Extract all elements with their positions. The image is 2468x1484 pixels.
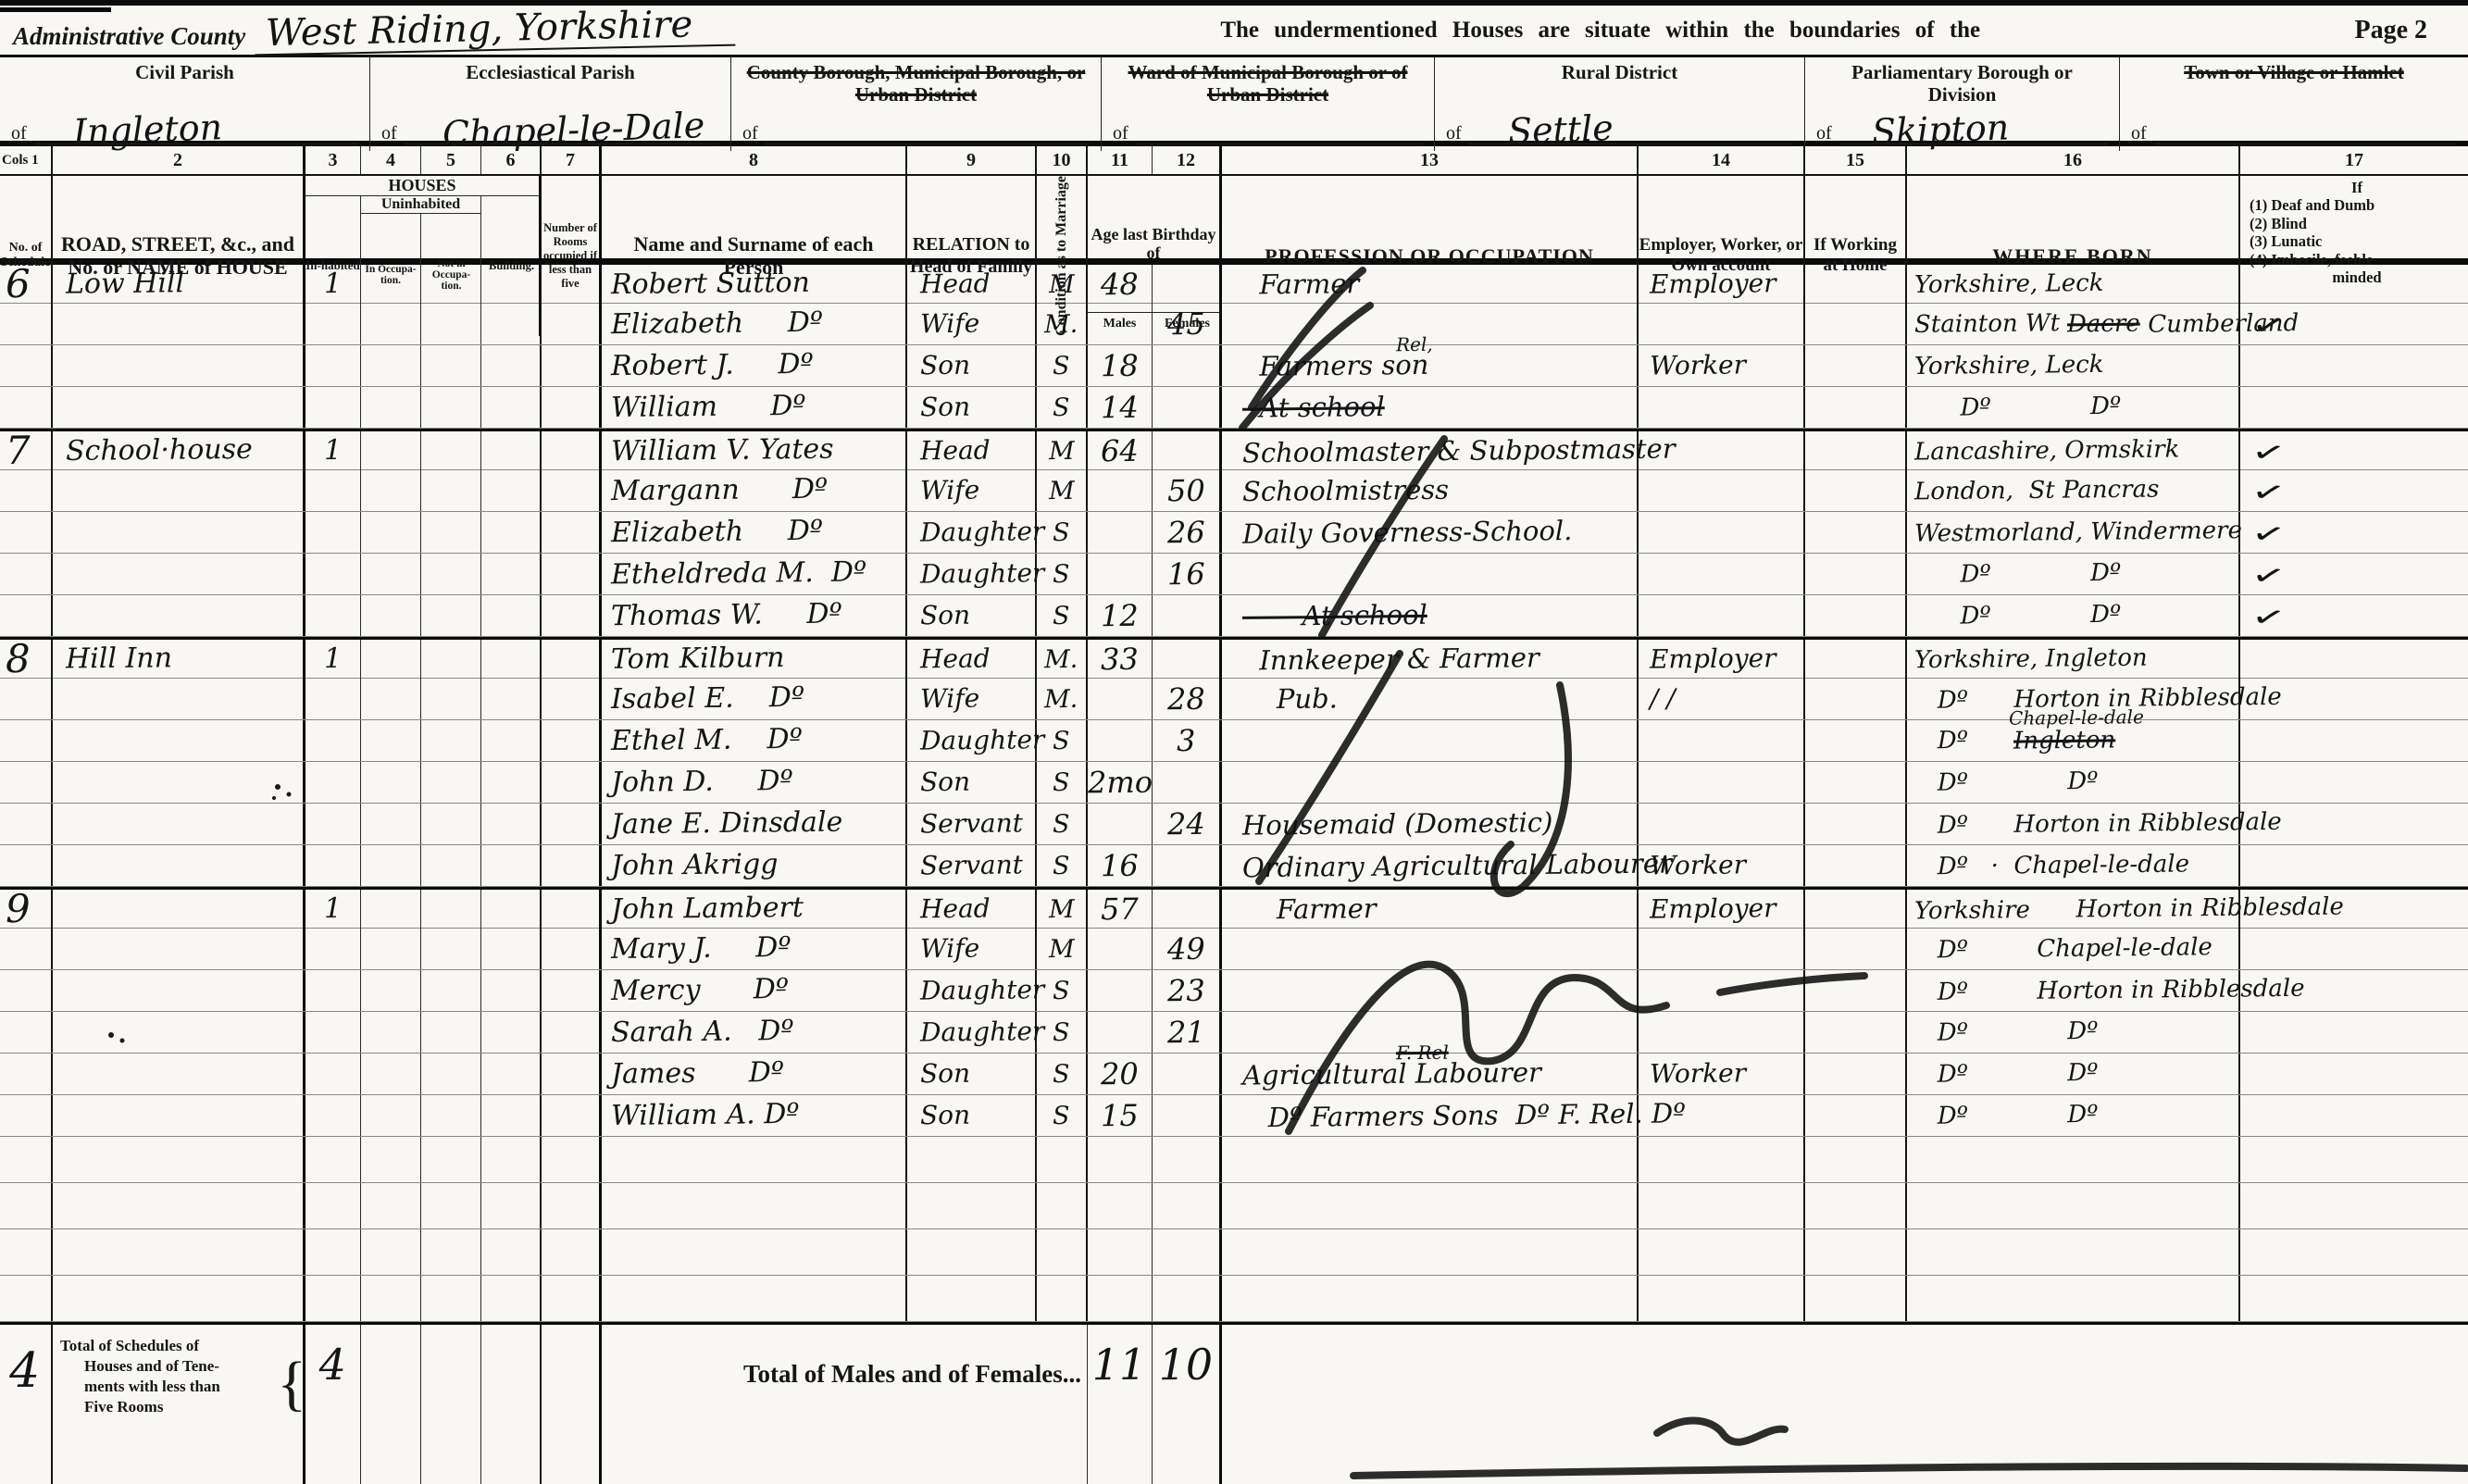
relation-value: Daughter [907,518,1045,546]
ecclesiastical-parish-box: Ecclesiastical Parish of Chapel-le-Dale [370,57,731,151]
totals-label-cell: Total of Schedules of Houses and of Tene… [53,1325,305,1484]
table-row: Thomas W. Dº Son S 12 At school Dº Dº ✓ [0,595,2468,637]
houses-header: HOUSES [305,176,539,196]
district-boxes: Civil Parish of Ingleton Ecclesiastical … [0,57,2468,146]
not-in-occupation-cell [421,1095,481,1136]
rural-district-value: Settle [1507,110,1614,149]
age-male: 12 [1101,601,1139,630]
table-row: William Dº Son S 14 At school Dº Dº [0,387,2468,429]
age-male: 14 [1101,393,1139,422]
occupation-note: Rel, [1396,335,1433,354]
table-row: Jane E. Dinsdale Servant S 24 Housemaid … [0,804,2468,845]
column-number: 16 [1907,146,2240,174]
fill-in-line [1136,106,1423,144]
building-cell [481,804,542,844]
column-number: 13 [1222,146,1639,174]
person-name: John D. Dº [602,767,793,797]
rooms-cell [542,845,602,886]
marriage-condition: S [1053,353,1070,378]
relation-value: Servant [907,852,1023,879]
not-in-occupation-cell [421,595,481,636]
relation-value: Wife [907,686,979,713]
working-at-home-cell [1805,1183,1907,1228]
birthplace: Westmorland, Windermere [1907,518,2242,546]
birthplace: Dº Horton in Ribblesdale [1907,810,2282,838]
working-at-home-cell [1805,595,1907,636]
age-male: 57 [1101,894,1139,924]
males-females-total-label: Total of Males and of Females... [602,1325,1088,1484]
table-row: 7 School·house 1 William V. Yates Head M… [0,429,2468,470]
in-occupation-cell [361,929,421,969]
working-at-home-cell [1805,640,1907,679]
not-in-occupation-cell [421,804,481,844]
occupation: Agricultural Labourer [1222,1059,1541,1090]
in-occupation-cell [361,970,421,1011]
age-male: 2mo [1088,767,1153,798]
working-at-home-cell [1805,1137,1907,1182]
house-name: School·house [53,436,253,466]
relation-value: Son [907,394,970,421]
marriage-condition: S [1053,853,1070,878]
in-occupation-cell [361,1229,421,1275]
occupation: Housemaid (Domestic) [1222,809,1553,840]
age-female: 45 [1166,309,1204,339]
in-occupation-cell [361,890,421,929]
age-male: 15 [1101,1101,1139,1130]
birthplace-struck-part: Ingleton [2013,728,2115,753]
building-cell [481,512,542,553]
table-row: Etheldreda M. Dº Daughter S 16 Dº Dº ✓ [0,554,2468,595]
relation-value: Daughter [907,1018,1045,1046]
in-occupation-cell [361,1012,421,1053]
column-number: 7 [542,146,602,174]
brace-glyph: { [277,1349,306,1419]
relation-value: Head [907,438,991,465]
parliamentary-borough-value: Skipton [1871,109,2009,149]
relation-value: Wife [907,936,979,963]
marriage-condition: M. [1044,686,1078,711]
in-occupation-cell [361,304,421,344]
marriage-condition: M. [1044,646,1078,671]
ward-box: Ward of Municipal Borough or of Urban Di… [1102,57,1435,151]
marriage-condition: M [1049,936,1075,961]
relation-value: Head [907,646,991,673]
relation-value: Daughter [907,977,1045,1004]
rooms-cell [542,387,602,428]
in-occupation-cell [361,345,421,386]
employer-status: Employer [1639,895,1776,923]
in-occupation-cell [361,1054,421,1094]
person-name: Isabel E. Dº [602,684,804,714]
building-cell [481,1054,542,1094]
marriage-condition: S [1053,769,1070,794]
building-cell [481,554,542,594]
table-row [0,1229,2468,1276]
in-occupation-cell [361,387,421,428]
building-cell [481,1183,542,1228]
building-cell [481,470,542,511]
age-female: 28 [1166,684,1204,714]
in-occupation-cell [361,1137,421,1182]
building-cell [481,929,542,969]
in-occupation-cell [361,431,421,470]
not-in-occupation-cell [421,1183,481,1228]
schedules-total-value: 4 [0,1325,40,1395]
schedule-number: 8 [0,640,31,679]
column-number: 12 [1153,146,1222,174]
rooms-cell [542,890,602,929]
birthplace: Dº Chapel-le-dale [1907,935,2212,962]
in-occupation-cell [361,265,421,304]
birthplace: Dº [1907,728,2014,753]
not-in-occupation-cell [421,970,481,1011]
birthplace: Dº Dº [1907,769,2099,795]
relation-value: Son [907,1061,970,1088]
of-label: of [11,123,27,144]
parliamentary-borough-label: Parliamentary Borough or Division [1816,62,2108,106]
situate-statement: The undermentioned Houses are situate wi… [846,18,2354,44]
occupation: At school [1222,393,1385,422]
table-row: 8 Hill Inn 1 Tom Kilburn Head M. 33 Innk… [0,637,2468,679]
age-female: 16 [1166,559,1204,589]
working-at-home-cell [1805,470,1907,511]
of-label: of [742,123,758,144]
inhabited-mark: 1 [324,645,342,673]
in-occupation-cell [361,845,421,886]
person-name: Ethel M. Dº [602,726,803,755]
person-name: Elizabeth Dº [602,518,823,548]
fill-in-line: Chapel-le-Dale [405,106,719,144]
marriage-condition: M. [1044,311,1078,336]
table-row: Robert J. Dº Son S 18 Rel, Farmers son W… [0,345,2468,387]
table-row: Sarah A. Dº Daughter S 21 Dº Dº [0,1012,2468,1054]
civil-parish-value: Ingleton [72,109,222,150]
age-male: 33 [1101,644,1139,674]
birthplace: Dº · Chapel-le-dale [1907,852,2189,879]
house-name: Low Hill [53,269,184,298]
marriage-condition: S [1053,394,1070,419]
rooms-cell [542,804,602,844]
birthplace: Yorkshire, Ingleton [1907,646,2148,673]
tick-mark: ✓ [2249,474,2288,511]
age-male: 48 [1101,269,1139,299]
column-number: Cols 1 [0,146,53,174]
age-male: 18 [1101,351,1139,380]
table-row: John Akrigg Servant S 16 Ordinary Agricu… [0,845,2468,887]
table-row: Margann Dº Wife M 50 Schoolmistress Lond… [0,470,2468,512]
working-at-home-cell [1805,304,1907,344]
tick-mark: ✓ [2249,307,2288,344]
marriage-condition: S [1053,1061,1070,1086]
column-number: 3 [305,146,361,174]
column-number: 11 [1088,146,1153,174]
working-at-home-cell [1805,720,1907,761]
working-at-home-cell [1805,970,1907,1011]
person-name: William V. Yates [602,436,834,467]
census-table-body: 6 Low Hill 1 Robert Sutton Head M 48 Far… [0,262,2468,1322]
not-in-occupation-cell [421,929,481,969]
person-name: Etheldreda M. Dº [602,559,866,590]
working-at-home-cell [1805,1229,1907,1275]
building-cell [481,640,542,679]
rooms-cell [542,1054,602,1094]
houses-total-value: 4 [318,1325,347,1484]
age-female: 23 [1166,976,1204,1005]
working-at-home-cell [1805,890,1907,929]
not-in-occupation-cell [421,845,481,886]
not-in-occupation-cell [421,304,481,344]
rooms-cell [542,265,602,304]
birthplace-struck-part: Dacre [2067,312,2140,337]
marriage-condition: S [1053,519,1070,544]
rooms-cell [542,679,602,719]
rooms-cell [542,720,602,761]
not-in-occupation-cell [421,762,481,803]
age-male: 20 [1101,1059,1139,1089]
building-cell [481,970,542,1011]
not-in-occupation-cell [421,890,481,929]
of-label: of [1816,123,1832,144]
tick-mark: ✓ [2249,434,2288,471]
age-female: 3 [1177,726,1196,755]
rooms-cell [542,1229,602,1275]
of-label: of [1446,123,1462,144]
schedule-number: 6 [0,265,31,304]
schedule-number: 7 [0,431,31,470]
relation-value: Head [907,896,991,923]
birthplace: Lancashire, Ormskirk [1907,437,2180,464]
table-row: Elizabeth Dº Daughter S 26 Daily Governe… [0,512,2468,554]
marriage-condition: S [1053,978,1070,1003]
rooms-cell [542,1137,602,1182]
occupation-note: F. Rel [1396,1043,1449,1063]
working-at-home-cell [1805,1054,1907,1094]
rooms-cell [542,304,602,344]
column-number: 2 [53,146,305,174]
ecclesiastical-parish-value: Chapel-le-Dale [442,107,704,152]
person-name: Mary J. Dº [602,934,792,964]
in-occupation-cell [361,720,421,761]
not-in-occupation-cell [421,1012,481,1053]
working-at-home-cell [1805,1012,1907,1053]
of-label: of [2131,123,2147,144]
rooms-cell [542,762,602,803]
employer-status: Worker [1639,352,1746,379]
birthplace-correction: Chapel-le-dale [2009,707,2144,728]
birthplace: Stainton Wt [1907,311,2068,337]
person-name: Elizabeth Dº [602,309,823,340]
occupation: Schoolmistress [1222,476,1449,505]
county-borough-box: County Borough, Municipal Borough, or Ur… [731,57,1102,151]
building-cell [481,720,542,761]
rooms-cell [542,512,602,553]
of-label: of [381,123,397,144]
building-cell [481,1095,542,1136]
occupation: Ordinary Agricultural Labourer [1222,850,1672,881]
relation-value: Son [907,353,970,380]
marriage-condition: M [1049,271,1075,296]
civil-parish-label: Civil Parish [11,62,358,84]
column-number: 6 [481,146,542,174]
marriage-condition: M [1049,478,1075,503]
person-name: Margann Dº [602,476,828,506]
administrative-county-value: West Riding, Yorkshire [255,5,736,56]
building-cell [481,1276,542,1321]
rooms-cell [542,345,602,386]
age-female: 26 [1166,518,1204,547]
rooms-cell [542,1183,602,1228]
marriage-condition: S [1053,603,1070,628]
parliamentary-borough-box: Parliamentary Borough or Division of Ski… [1805,57,2120,151]
rooms-cell [542,1095,602,1136]
marriage-condition: S [1053,1103,1070,1128]
birthplace: Dº Dº [1907,1103,2099,1129]
person-name: Jane E. Dinsdale [602,809,843,840]
fill-in-line [2154,106,2457,144]
in-occupation-cell [361,640,421,679]
not-in-occupation-cell [421,431,481,470]
table-row [0,1137,2468,1183]
relation-value: Son [907,1103,970,1129]
column-number: 8 [602,146,907,174]
not-in-occupation-cell [421,470,481,511]
town-village-box: Town or Village or Hamlet of [2120,57,2468,151]
relation-value: Daughter [907,727,1045,754]
working-at-home-cell [1805,679,1907,719]
totals-label: Total of Schedules of Houses and of Tene… [60,1336,297,1417]
building-cell [481,345,542,386]
rooms-cell [542,929,602,969]
working-at-home-cell [1805,762,1907,803]
column-number: 9 [907,146,1037,174]
females-total-value: 10 [1158,1325,1214,1484]
in-occupation-cell [361,554,421,594]
civil-parish-box: Civil Parish of Ingleton [0,57,370,151]
table-row: 6 Low Hill 1 Robert Sutton Head M 48 Far… [0,262,2468,304]
column-number: 14 [1639,146,1805,174]
rooms-cell [542,470,602,511]
person-name: John Akrigg [602,851,779,880]
rooms-cell [542,554,602,594]
birthplace: Dº Dº [1907,603,2121,629]
marriage-condition: S [1053,561,1070,586]
ecclesiastical-parish-label: Ecclesiastical Parish [381,62,719,84]
in-occupation-cell [361,1183,421,1228]
table-row: Mercy Dº Daughter S 23 Dº Horton in Ribb… [0,970,2468,1012]
occupation: Farmer [1222,895,1377,924]
age-female: 21 [1166,1017,1204,1047]
relation-value: Son [907,603,970,630]
age-female: 24 [1166,809,1204,839]
page-number: Page 2 [2354,16,2451,45]
occupation: At school [1222,601,1427,630]
in-occupation-cell [361,512,421,553]
marriage-condition: S [1053,811,1070,836]
building-cell [481,304,542,344]
building-cell [481,595,542,636]
employer-status: / / [1639,686,1676,712]
scan-edge-artifact [0,0,2468,6]
not-in-occupation-cell [421,1276,481,1321]
fill-in-line [766,106,1090,144]
relation-value: Head [907,271,991,298]
in-occupation-cell [361,1095,421,1136]
table-row [0,1276,2468,1322]
in-occupation-cell [361,804,421,844]
working-at-home-cell [1805,804,1907,844]
age-female: 50 [1166,476,1204,505]
not-in-occupation-cell [421,387,481,428]
relation-value: Son [907,769,970,796]
building-cell [481,1012,542,1053]
table-row [0,1183,2468,1229]
building-cell [481,890,542,929]
in-occupation-cell [361,1276,421,1321]
working-at-home-cell [1805,265,1907,304]
employer-status: Employer [1639,645,1776,673]
birthplace: Yorkshire, Leck [1907,271,2104,297]
working-at-home-cell [1805,387,1907,428]
birthplace: Dº Dº [1907,1019,2099,1045]
column-number: 4 [361,146,421,174]
relation-value: Servant [907,810,1023,837]
working-at-home-cell [1805,431,1907,470]
table-row: Elizabeth Dº Wife M. 45 Stainton Wt Dacr… [0,304,2468,345]
building-cell [481,679,542,719]
person-name: Tom Kilburn [602,644,785,674]
not-in-occupation-cell [421,1054,481,1094]
working-at-home-cell [1805,845,1907,886]
tick-mark: ✓ [2249,599,2288,636]
town-village-label: Town or Village or Hamlet [2131,62,2457,84]
empty-cell [361,1325,421,1484]
building-cell [481,265,542,304]
rooms-cell [542,595,602,636]
marriage-condition: M [1049,438,1075,463]
empty-cell [1222,1325,2468,1484]
not-in-occupation-cell [421,640,481,679]
table-row: 9 1 John Lambert Head M 57 Farmer Employ… [0,887,2468,929]
table-row: William A. Dº Son S 15 Dº Farmers Sons D… [0,1095,2468,1137]
rural-district-label: Rural District [1446,62,1793,84]
building-cell [481,845,542,886]
in-occupation-cell [361,595,421,636]
marriage-condition: S [1053,1019,1070,1044]
rooms-cell [542,431,602,470]
age-male: 64 [1101,436,1139,466]
relation-value: Wife [907,478,979,505]
occupation: Daily Governess-School. [1222,518,1573,548]
person-name: James Dº [602,1059,784,1089]
table-row: James Dº Son S 20 F. RelAgricultural Lab… [0,1054,2468,1095]
occupation: Farmer [1222,270,1360,299]
person-name: Sarah A. Dº [602,1017,794,1047]
fill-in-line: Ingleton [34,106,358,144]
in-occupation-cell [361,762,421,803]
ward-label: Ward of Municipal Borough or of Urban Di… [1113,62,1423,106]
person-name: Mercy Dº [602,976,789,1005]
birthplace: London, St Pancras [1907,478,2160,505]
person-name: William Dº [602,393,806,422]
administrative-county: Administrative County West Riding, Yorks… [13,10,846,51]
table-row: Mary J. Dº Wife M 49 Dº Chapel-le-dale [0,929,2468,970]
relation-value: Daughter [907,560,1045,588]
of-label: of [1113,123,1128,144]
column-number: 15 [1805,146,1907,174]
building-cell [481,1229,542,1275]
inhabited-mark: 1 [324,437,342,465]
not-in-occupation-cell [421,679,481,719]
